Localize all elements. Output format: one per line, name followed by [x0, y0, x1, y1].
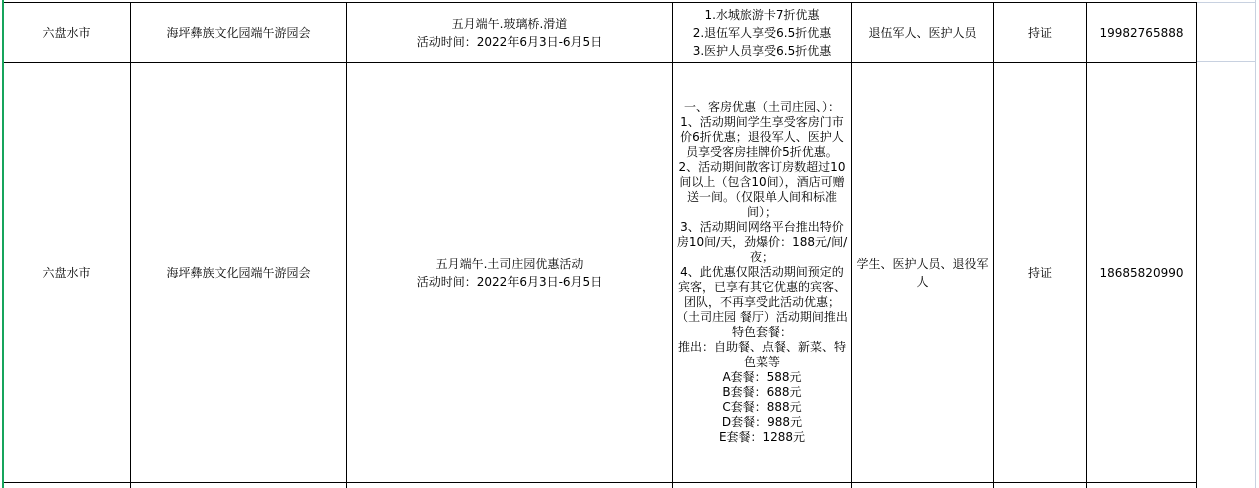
- cell-credential-row2[interactable]: 持证: [993, 62, 1086, 483]
- cell-phone-row2[interactable]: 18685820990: [1086, 62, 1197, 483]
- cell-partial-row: [130, 483, 346, 488]
- sheet-gridline-row-divider: [1197, 61, 1256, 62]
- cell-partial-row: [1086, 483, 1197, 488]
- cell-audience-row1[interactable]: 退伍军人、医护人员: [851, 2, 993, 62]
- cell-discounts-row2[interactable]: 一、客房优惠（土司庄园、）： 1、活动期间学生享受客房门市价6折优惠；退役军人、…: [672, 62, 851, 483]
- cell-partial-row: [851, 483, 993, 488]
- cell-partial-row: [2, 483, 130, 488]
- cell-partial-row: [672, 483, 851, 488]
- sheet-gridline-vertical: [1255, 0, 1256, 488]
- events-table: 六盘水市 海坪彝族文化园端午游园会 五月端午.玻璃桥.滑道 活动时间：2022年…: [2, 2, 1197, 488]
- cell-city-row2[interactable]: 六盘水市: [2, 62, 130, 483]
- spreadsheet-area: 六盘水市 海坪彝族文化园端午游园会 五月端午.玻璃桥.滑道 活动时间：2022年…: [0, 0, 1259, 488]
- cell-city-row1[interactable]: 六盘水市: [2, 2, 130, 62]
- page-break-line: [2, 0, 4, 488]
- cell-audience-row2[interactable]: 学生、医护人员、退役军人: [851, 62, 993, 483]
- sheet-gridline-top: [1197, 2, 1256, 3]
- cell-phone-row1[interactable]: 19982765888: [1086, 2, 1197, 62]
- cell-partial-row: [993, 483, 1086, 488]
- cell-activity-row2[interactable]: 五月端午.土司庄园优惠活动 活动时间：2022年6月3日-6月5日: [346, 62, 672, 483]
- cell-credential-row1[interactable]: 持证: [993, 2, 1086, 62]
- cell-event-row2[interactable]: 海坪彝族文化园端午游园会: [130, 62, 346, 483]
- cell-activity-row1[interactable]: 五月端午.玻璃桥.滑道 活动时间：2022年6月3日-6月5日: [346, 2, 672, 62]
- cell-discounts-row1[interactable]: 1.水城旅游卡7折优惠 2.退伍军人享受6.5折优惠 3.医护人员享受6.5折优…: [672, 2, 851, 62]
- cell-partial-row: [346, 483, 672, 488]
- cell-event-row1[interactable]: 海坪彝族文化园端午游园会: [130, 2, 346, 62]
